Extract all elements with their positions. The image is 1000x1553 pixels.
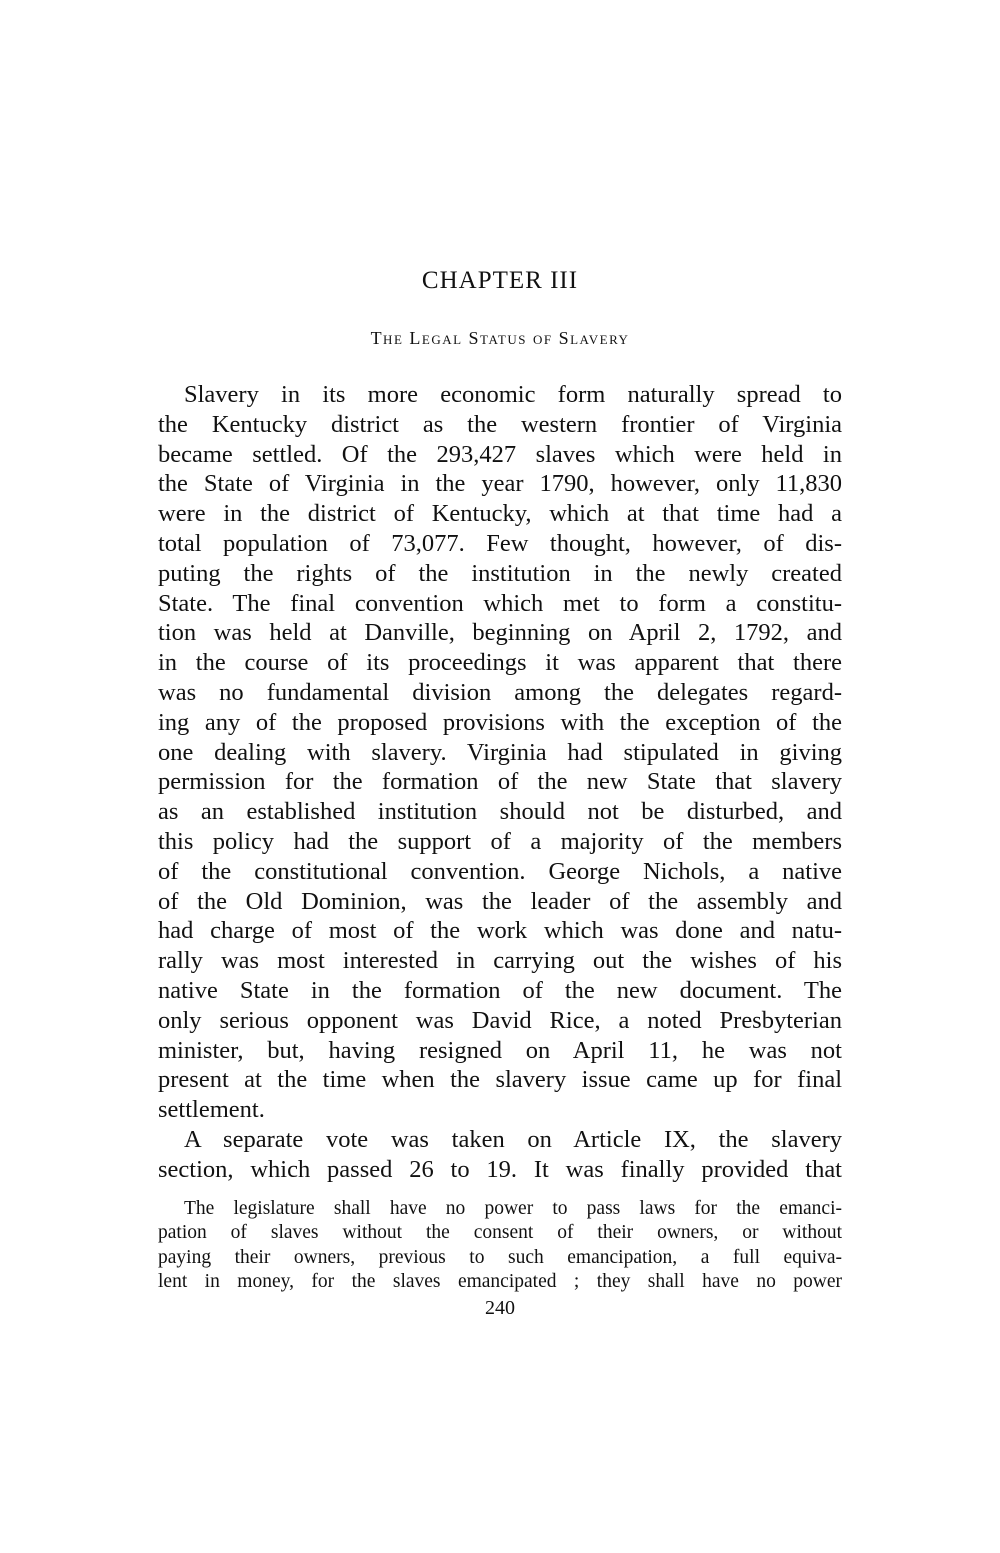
text-line: the State of Virginia in the year 1790, …: [158, 469, 842, 499]
text-line: total population of 73,077. Few thought,…: [158, 529, 842, 559]
text-line: section, which passed 26 to 19. It was f…: [158, 1155, 842, 1185]
text-line: permission for the formation of the new …: [158, 767, 842, 797]
quote-line: paying their owners, previous to such em…: [158, 1246, 842, 1270]
text-line: ing any of the proposed provisions with …: [158, 708, 842, 738]
paragraph-1: Slavery in its more economic form natura…: [158, 380, 842, 1125]
text-line: became settled. Of the 293,427 slaves wh…: [158, 440, 842, 470]
text-line: this policy had the support of a majorit…: [158, 827, 842, 857]
quote-line: The legislature shall have no power to p…: [158, 1197, 842, 1221]
text-line: of the Old Dominion, was the leader of t…: [158, 887, 842, 917]
text-line: minister, but, having resigned on April …: [158, 1036, 842, 1066]
text-line: were in the district of Kentucky, which …: [158, 499, 842, 529]
text-line: native State in the formation of the new…: [158, 976, 842, 1006]
text-line: in the course of its proceedings it was …: [158, 648, 842, 678]
text-line: only serious opponent was David Rice, a …: [158, 1006, 842, 1036]
text-line: State. The final convention which met to…: [158, 589, 842, 619]
text-line: rally was most interested in carrying ou…: [158, 946, 842, 976]
block-quote: The legislature shall have no power to p…: [158, 1197, 842, 1294]
text-line: Slavery in its more economic form natura…: [158, 380, 842, 410]
text-line: as an established institution should not…: [158, 797, 842, 827]
text-line: was no fundamental division among the de…: [158, 678, 842, 708]
quote-line: lent in money, for the slaves emancipate…: [158, 1270, 842, 1294]
chapter-number: CHAPTER III: [158, 266, 842, 296]
text-line: tion was held at Danville, beginning on …: [158, 618, 842, 648]
text-line: present at the time when the slavery iss…: [158, 1065, 842, 1095]
text-line: one dealing with slavery. Virginia had s…: [158, 738, 842, 768]
page-number: 240: [158, 1296, 842, 1320]
text-line: settlement.: [158, 1095, 842, 1125]
text-line: of the constitutional convention. George…: [158, 857, 842, 887]
paragraph-2: A separate vote was taken on Article IX,…: [158, 1125, 842, 1185]
body-text: Slavery in its more economic form natura…: [158, 380, 842, 1185]
text-line: had charge of most of the work which was…: [158, 916, 842, 946]
text-line: the Kentucky district as the western fro…: [158, 410, 842, 440]
text-line: A separate vote was taken on Article IX,…: [158, 1125, 842, 1155]
chapter-title: The Legal Status of Slavery: [158, 326, 842, 350]
quote-line: pation of slaves without the consent of …: [158, 1221, 842, 1245]
text-line: puting the rights of the institution in …: [158, 559, 842, 589]
